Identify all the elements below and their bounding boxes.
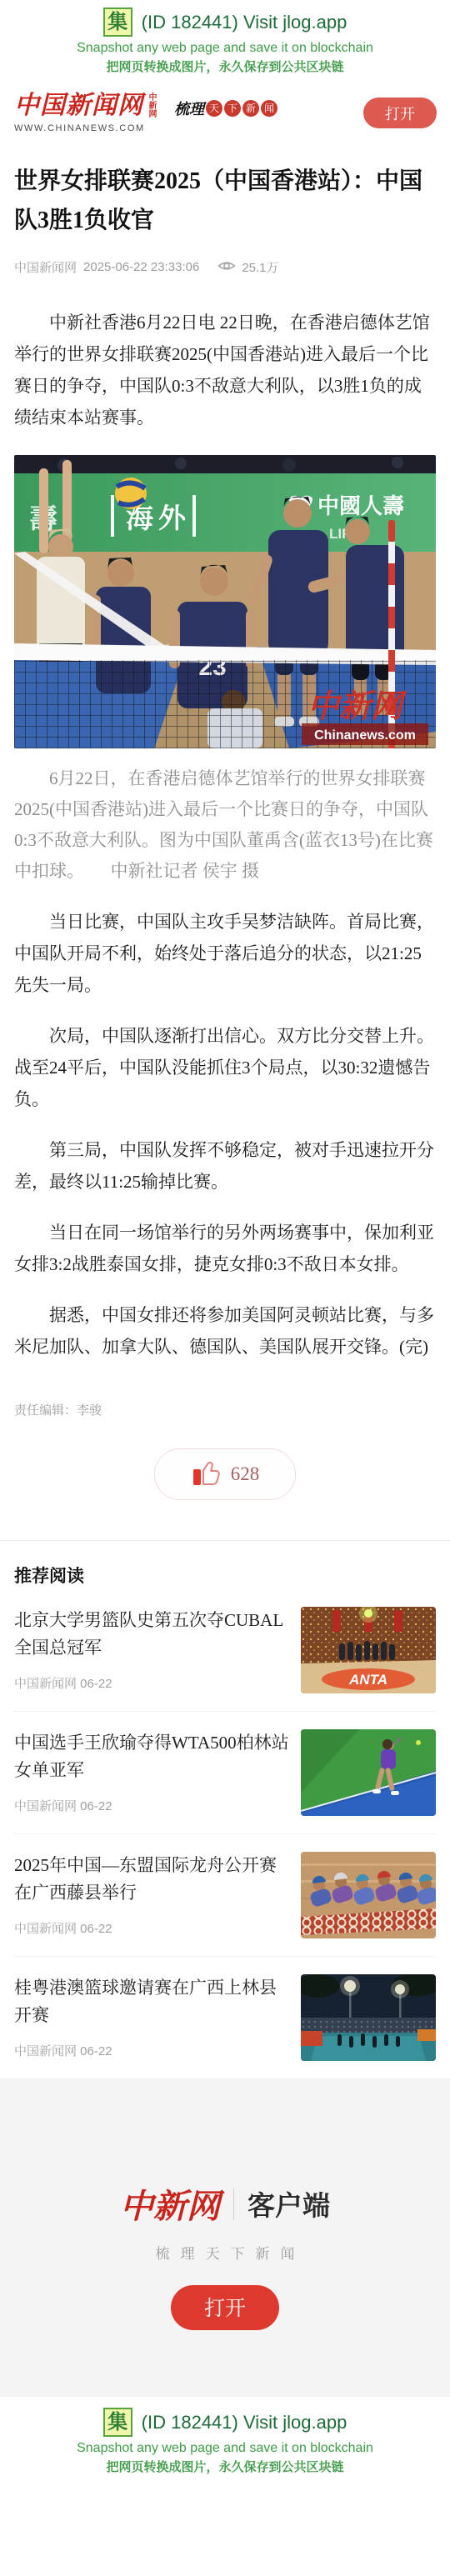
slogan-char-1: 天 xyxy=(206,100,222,117)
thumb-up-icon xyxy=(191,1458,222,1491)
recommended-title[interactable]: 中国选手王欣瑜夺得WTA500柏林站女单亚军 xyxy=(14,1729,289,1784)
article-photo: 壽 海外 中國人壽 LIFE xyxy=(14,455,436,887)
recommended-section: 推荐阅读 北京大学男篮队史第五次夺CUBAL全国总冠军 中国新闻网 06-22 xyxy=(0,1563,450,2078)
paragraph: 当日在同一场馆举行的另外两场赛事中，保加利亚女排3:2战胜泰国女排，捷克女排0:… xyxy=(14,1217,436,1280)
slogan-stamp: 梳理 天 下 新 闻 xyxy=(174,98,277,119)
banner-brand-text: 中國人壽 xyxy=(317,493,404,518)
jlog-headline[interactable]: (ID 182441) Visit jlog.app xyxy=(142,12,347,33)
recommended-title[interactable]: 北京大学男篮队史第五次夺CUBAL全国总冠军 xyxy=(14,1607,289,1662)
recommended-thumbnail-tennis[interactable] xyxy=(301,1729,436,1816)
slogan-prefix: 梳理 xyxy=(174,98,204,119)
editor-line: 责任编辑：李骏 xyxy=(14,1401,436,1418)
recommended-thumbnail-dragonboat[interactable] xyxy=(301,1852,436,1938)
jlog-banner-bottom[interactable]: 集 (ID 182441) Visit jlog.app Snapshot an… xyxy=(0,2397,450,2485)
recommended-item[interactable]: 中国选手王欣瑜夺得WTA500柏林站女单亚军 中国新闻网 06-22 xyxy=(14,1712,436,1834)
anta-overlay-text: ANTA xyxy=(348,1672,387,1688)
watermark-en-text: Chinanews.com xyxy=(314,728,416,743)
article-datetime: 2025-06-22 23:33:06 xyxy=(83,260,199,274)
photo-caption: 6月22日，在香港启德体艺馆举行的世界女排联赛2025(中国香港站)进入最后一个… xyxy=(14,763,436,887)
jlog-subline-zh: 把网页转换成图片，永久保存到公共区块链 xyxy=(0,2458,450,2475)
volleyball xyxy=(115,478,147,509)
jlog-banner-top[interactable]: 集 (ID 182441) Visit jlog.app Snapshot an… xyxy=(0,0,450,84)
recommended-heading: 推荐阅读 xyxy=(14,1563,436,1588)
header-open-app-button[interactable]: 打开 xyxy=(363,98,437,128)
jlog-logo-icon: 集 xyxy=(103,2408,132,2437)
view-count: 25.1万 xyxy=(242,258,278,276)
paragraph: 次局，中国队逐渐打出信心。双方比分交替上升。战至24平后，中国队没能抓住3个局点… xyxy=(14,1020,436,1115)
paragraph: 当日比赛，中国队主攻手吴梦洁缺阵。首局比赛，中国队开局不利，始终处于落后追分的状… xyxy=(14,906,436,1001)
recommended-thumbnail-night-basketball[interactable] xyxy=(301,1974,436,2061)
recommended-meta: 中国新闻网 06-22 xyxy=(14,1919,289,1937)
paragraph: 第三局，中国队发挥不够稳定，被对手迅速拉开分差，最终以11:25输掉比赛。 xyxy=(14,1134,436,1198)
jlog-subline-en: Snapshot any web page and save it on blo… xyxy=(0,2441,450,2456)
app-download-footer: 中新网 客户端 梳理天下新闻 打开 xyxy=(0,2078,450,2397)
jlog-subline-zh: 把网页转换成图片，永久保存到公共区块链 xyxy=(0,58,450,75)
recommended-item[interactable]: 桂粤港澳篮球邀请赛在广西上林县开赛 中国新闻网 06-22 xyxy=(14,1957,436,2078)
article-meta: 中国新闻网 2025-06-22 23:33:06 25.1万 xyxy=(14,258,436,276)
paragraph: 中新社香港6月22日电 22日晚，在香港启德体艺馆举行的世界女排联赛2025(中… xyxy=(14,307,436,433)
jlog-subline-en: Snapshot any web page and save it on blo… xyxy=(0,41,450,56)
footer-open-app-button[interactable]: 打开 xyxy=(171,2285,279,2330)
like-button[interactable]: 628 xyxy=(154,1448,296,1500)
slogan-char-3: 新 xyxy=(242,100,259,117)
recommended-title[interactable]: 2025年中国—东盟国际龙舟公开赛在广西藤县举行 xyxy=(14,1852,289,1907)
recommended-meta: 中国新闻网 06-22 xyxy=(14,2042,289,2059)
footer-tagline: 梳理天下新闻 xyxy=(0,2242,450,2263)
recommended-title[interactable]: 桂粤港澳篮球邀请赛在广西上林县开赛 xyxy=(14,1974,289,2029)
jlog-headline[interactable]: (ID 182441) Visit jlog.app xyxy=(142,2412,347,2433)
slogan-char-2: 下 xyxy=(224,100,241,117)
logo-domain: WWW.CHINANEWS.COM xyxy=(14,123,156,133)
recommended-item[interactable]: 2025年中国—东盟国际龙舟公开赛在广西藤县举行 中国新闻网 06-22 xyxy=(14,1834,436,1957)
recommended-meta: 中国新闻网 06-22 xyxy=(14,1797,289,1814)
footer-logo-divider xyxy=(233,2188,234,2220)
slogan-char-4: 闻 xyxy=(261,100,277,117)
footer-logo-row: 中新网 客户端 xyxy=(0,2180,450,2228)
logo-vertical-text: 中新网 xyxy=(147,93,156,121)
eye-icon xyxy=(217,259,236,276)
recommended-thumbnail-basketball[interactable]: ANTA xyxy=(301,1607,436,1693)
footer-client-label: 客户端 xyxy=(247,2184,330,2223)
article-body: 世界女排联赛2025（中国香港站）：中国队3胜1负收官 中国新闻网 2025-0… xyxy=(0,162,450,1540)
footer-logo-calligraphy: 中新网 xyxy=(120,2180,220,2228)
recommended-item[interactable]: 北京大学男篮队史第五次夺CUBAL全国总冠军 中国新闻网 06-22 xyxy=(14,1589,436,1712)
site-header: 中国新闻网 中新网 WWW.CHINANEWS.COM 梳理 天 下 新 闻 打… xyxy=(0,84,450,145)
like-area: 628 xyxy=(14,1448,436,1540)
article-title: 世界女排联赛2025（中国香港站）：中国队3胜1负收官 xyxy=(14,162,436,240)
chinanews-logo[interactable]: 中国新闻网 中新网 WWW.CHINANEWS.COM xyxy=(14,93,156,133)
logo-calligraphy: 中国新闻网 xyxy=(14,93,143,119)
section-divider xyxy=(0,1540,450,1541)
paragraph: 据悉，中国女排还将参加美国阿灵顿站比赛，与多米尼加队、加拿大队、德国队、美国队展… xyxy=(14,1299,436,1363)
watermark-cn-text: 中新网 xyxy=(307,689,407,724)
jlog-logo-icon: 集 xyxy=(103,8,132,37)
like-count: 628 xyxy=(231,1463,260,1485)
recommended-meta: 中国新闻网 06-22 xyxy=(14,1674,289,1692)
article-source: 中国新闻网 xyxy=(14,258,77,276)
